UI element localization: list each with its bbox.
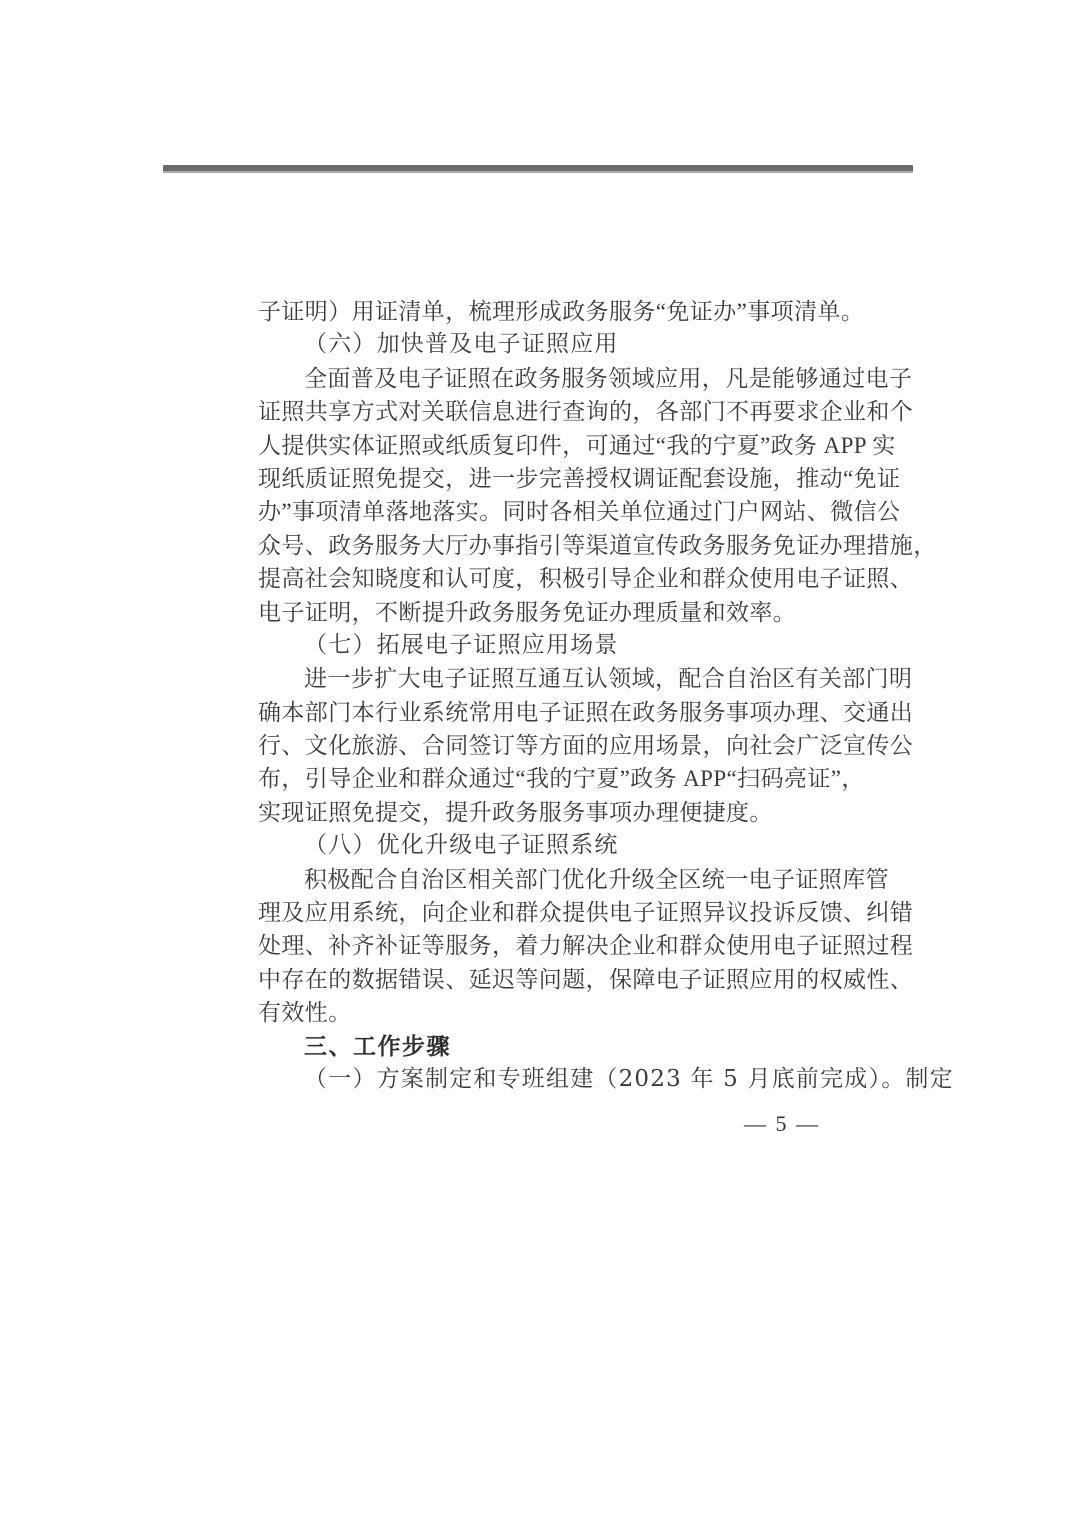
paragraph-line: 行、文化旅游、合同签订等方面的应用场景，向社会广泛宣传公: [258, 729, 820, 762]
paragraph-line: 有效性。: [258, 996, 820, 1029]
paragraph-line: 理及应用系统，向企业和群众提供电子证照异议投诉反馈、纠错: [258, 896, 820, 929]
subsection-heading-6: （六）加快普及电子证照应用: [258, 328, 820, 361]
paragraph-line: 积极配合自治区相关部门优化升级全区统一电子证照库管: [258, 863, 820, 896]
paragraph-line: 众号、政务服务大厅办事指引等渠道宣传政务服务免证办理措施，: [258, 529, 820, 562]
header-divider-bar: [163, 165, 913, 173]
subsection-heading-7: （七）拓展电子证照应用场景: [258, 629, 820, 662]
paragraph-line: 处理、补齐补证等服务，着力解决企业和群众使用电子证照过程: [258, 929, 820, 962]
paragraph-line: 子证明）用证清单，梳理形成政务服务“免证办”事项清单。: [258, 295, 820, 328]
paragraph-line: 现纸质证照免提交，进一步完善授权调证配套设施，推动“免证: [258, 462, 820, 495]
subsection-heading-1: （一）方案制定和专班组建（2023 年 5 月底前完成）。制定: [258, 1063, 820, 1096]
paragraph-line: 人提供实体证照或纸质复印件，可通过“我的宁夏”政务 APP 实: [258, 429, 820, 462]
paragraph-line: 证照共享方式对关联信息进行查询的，各部门不再要求企业和个: [258, 395, 820, 428]
paragraph-line: 中存在的数据错误、延迟等问题，保障电子证照应用的权威性、: [258, 963, 820, 996]
document-page: 子证明）用证清单，梳理形成政务服务“免证办”事项清单。 （六）加快普及电子证照应…: [0, 0, 1074, 1520]
paragraph-line: 布，引导企业和群众通过“我的宁夏”政务 APP“扫码亮证”，: [258, 762, 820, 795]
paragraph-line: 全面普及电子证照在政务服务领域应用，凡是能够通过电子: [258, 362, 820, 395]
subsection-heading-8: （八）优化升级电子证照系统: [258, 829, 820, 862]
paragraph-line: 进一步扩大电子证照互通互认领域，配合自治区有关部门明: [258, 662, 820, 695]
paragraph-line: 实现证照免提交，提升政务服务事项办理便捷度。: [258, 796, 820, 829]
paragraph-line: 电子证明，不断提升政务服务免证办理质量和效率。: [258, 596, 820, 629]
document-body: 子证明）用证清单，梳理形成政务服务“免证办”事项清单。 （六）加快普及电子证照应…: [258, 295, 820, 1096]
paragraph-line: 办”事项清单落地落实。同时各相关单位通过门户网站、微信公: [258, 495, 820, 528]
page-number: — 5 —: [258, 1110, 820, 1138]
section-heading-3: 三、工作步骤: [258, 1030, 820, 1063]
paragraph-line: 提高社会知晓度和认可度，积极引导企业和群众使用电子证照、: [258, 562, 820, 595]
paragraph-line: 确本部门本行业系统常用电子证照在政务服务事项办理、交通出: [258, 696, 820, 729]
